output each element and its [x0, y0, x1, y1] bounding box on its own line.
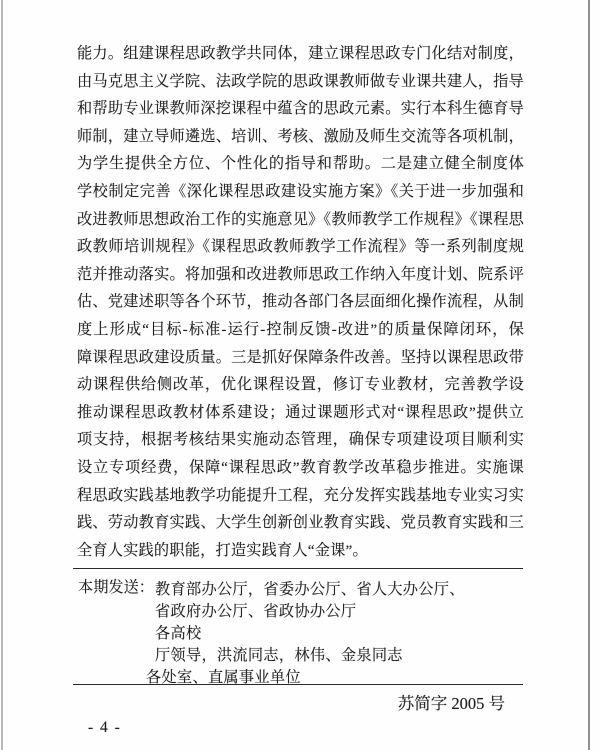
body-line: 动课程供给侧改革，优化课程设置，修订专业教材，完善教学设计，	[77, 371, 524, 399]
distribution-line: 各高校	[155, 623, 465, 645]
body-line: 由马克思主义学院、法政学院的思政课教师做专业课共建人，指导	[77, 68, 524, 96]
body-line: 障课程思政建设质量。三是抓好保障条件改善。坚持以课程思政带	[77, 344, 524, 372]
distribution-label: 本期发送：	[78, 579, 154, 596]
distribution-line: 省政府办公厅、省政协办公厅	[155, 601, 465, 623]
page-edge-right	[588, 0, 590, 750]
body-line: 全育人实践的职能，打造实践育人“金课”。	[77, 537, 524, 565]
distribution-line: 教育部办公厅，省委办公厅、省人大办公厅、	[155, 579, 465, 601]
body-line: 师制，建立导师遴选、培训、考核、激励及师生交流等各项机制，	[77, 123, 524, 151]
body-line: 践、劳动教育实践、大学生创新创业教育实践、党员教育实践和三	[77, 509, 524, 537]
body-line: 政教师培训规程》《课程思政教师教学工作流程》等一系列制度规	[77, 233, 524, 261]
separator-line-top	[73, 568, 523, 569]
document-body: 能力。组建课程思政教学共同体，建立课程思政专门化结对制度， 由马克思主义学院、法…	[77, 40, 524, 564]
distribution-line: 厅领导，洪流同志，林伟、金泉同志	[155, 645, 465, 667]
body-line: 推动课程思政教材体系建设；通过课题形式对“课程思政”提供立	[77, 399, 524, 427]
body-line: 为学生提供全方位、个性化的指导和帮助。二是建立健全制度体系。	[77, 150, 524, 178]
body-line: 能力。组建课程思政教学共同体，建立课程思政专门化结对制度，	[77, 40, 524, 68]
scanned-document-page: { "body": { "lines": [ "能力。组建课程思政教学共同体，建…	[0, 0, 599, 750]
distribution-list: 教育部办公厅，省委办公厅、省人大办公厅、 省政府办公厅、省政协办公厅 各高校 厅…	[155, 579, 465, 689]
body-line: 设立专项经费，保障“课程思政”教育教学改革稳步推进。实施课	[77, 454, 524, 482]
body-line: 项支持，根据考核结果实施动态管理，确保专项建设项目顺利实施。	[77, 426, 524, 454]
body-line: 改进教师思想政治工作的实施意见》《教师教学工作规程》《课程思	[77, 206, 524, 234]
body-line: 和帮助专业课教师深挖课程中蕴含的思政元素。实行本科生德育导	[77, 95, 524, 123]
page-edge-left	[1, 0, 3, 750]
body-line: 程思政实践基地教学功能提升工程，充分发挥实践基地专业实习实	[77, 482, 524, 510]
page-number: - 4 -	[88, 719, 121, 737]
body-line: 学校制定完善《深化课程思政建设实施方案》《关于进一步加强和	[77, 178, 524, 206]
document-number: 苏简字 2005 号	[77, 690, 524, 714]
body-line: 范并推动落实。将加强和改进教师思政工作纳入年度计划、院系评	[77, 261, 524, 289]
distribution-line: 各处室、直属事业单位	[146, 667, 465, 689]
separator-line-bottom	[73, 684, 523, 685]
body-line: 度上形成“目标-标准-运行-控制反馈-改进”的质量保障闭环，保	[77, 316, 524, 344]
body-line: 估、党建述职等各个环节，推动各部门各层面细化操作流程，从制	[77, 288, 524, 316]
